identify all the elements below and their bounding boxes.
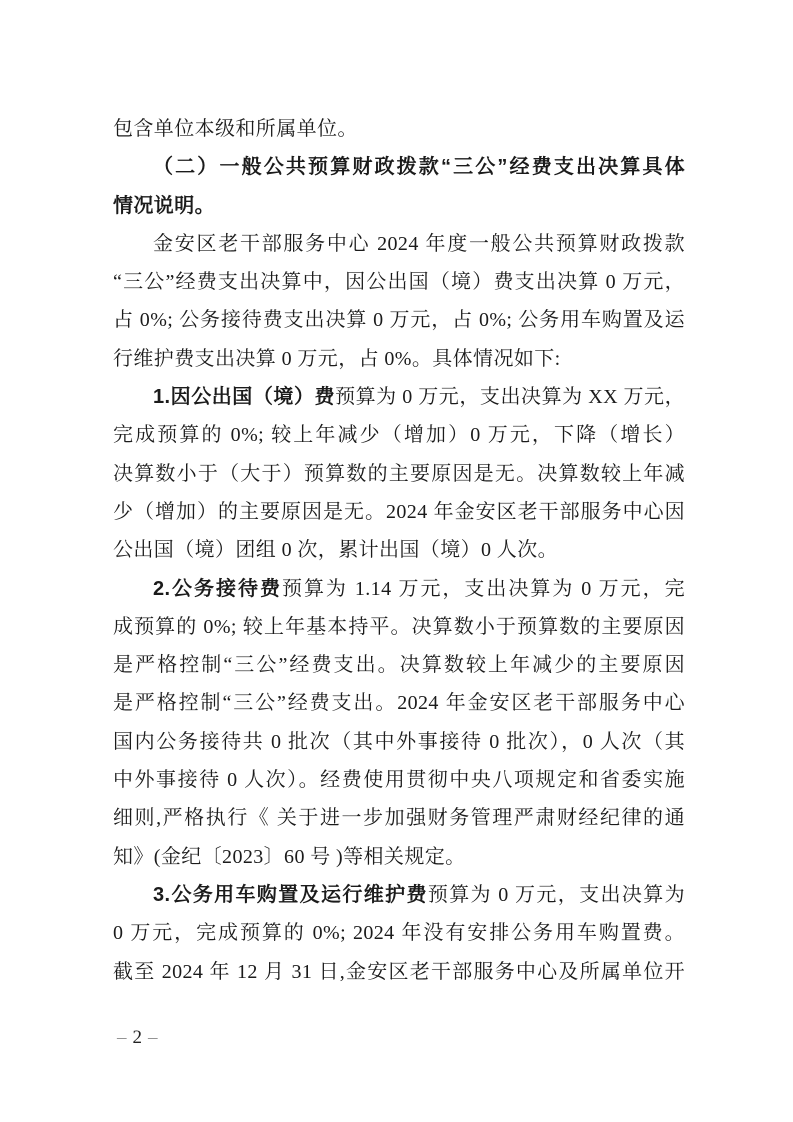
text-line: 是严格控制“三公”经费支出。决算数较上年减少的主要原因 [113, 646, 685, 684]
text-segment: 细则,严格执行《 关于进一步加强财务管理严肃财经纪律的通 [113, 807, 685, 829]
footer-page-number: 2 [133, 1027, 143, 1048]
page-footer: –2– [111, 1026, 164, 1050]
bold-text-segment: 1.因公出国（境）费 [153, 386, 335, 408]
text-segment: 金安区老干部服务中心 2024 年度一般公共预算财政拨款 [153, 233, 685, 255]
text-segment: 截至 2024 年 12 月 31 日,金安区老干部服务中心及所属单位开 [113, 961, 685, 983]
text-segment: 包含单位本级和所属单位。 [113, 118, 358, 140]
text-line: 情况说明。 [113, 187, 685, 225]
text-segment: 公出国（境）团组 0 次，累计出国（境）0 人次。 [113, 539, 558, 561]
text-segment: 完成预算的 0%; 较上年减少（增加）0 万元，下降（增长）0%。 [113, 424, 685, 454]
footer-dash-left: – [111, 1027, 133, 1048]
footer-dash-right: – [142, 1027, 164, 1048]
text-line: 包含单位本级和所属单位。 [113, 110, 685, 148]
text-line: 少（增加）的主要原因是无。2024 年金安区老干部服务中心因 [113, 493, 685, 531]
text-line: 截至 2024 年 12 月 31 日,金安区老干部服务中心及所属单位开 [113, 953, 685, 991]
text-line: 金安区老干部服务中心 2024 年度一般公共预算财政拨款 [113, 225, 685, 263]
text-line: 细则,严格执行《 关于进一步加强财务管理严肃财经纪律的通 [113, 799, 685, 837]
text-line: 国内公务接待共 0 批次（其中外事接待 0 批次），0 人次（其 [113, 723, 685, 761]
text-segment: 是严格控制“三公”经费支出。决算数较上年减少的主要原因 [113, 654, 685, 676]
document-page: 包含单位本级和所属单位。（二）一般公共预算财政拨款“三公”经费支出决算具体情况说… [0, 0, 793, 1122]
text-line: 行维护费支出决算 0 万元，占 0%。具体情况如下: [113, 340, 685, 378]
bold-text-segment: 3.公务用车购置及运行维护费 [153, 884, 428, 906]
text-line: 完成预算的 0%; 较上年减少（增加）0 万元，下降（增长）0%。 [113, 416, 685, 454]
text-segment: 中外事接待 0 人次）。经费使用贯彻中央八项规定和省委实施 [113, 769, 685, 791]
text-segment: 知》(金纪〔2023〕60 号 )等相关规定。 [113, 846, 466, 868]
bold-text-segment: （二）一般公共预算财政拨款“三公”经费支出决算具体 [153, 156, 685, 178]
text-line: 2.公务接待费预算为 1.14 万元，支出决算为 0 万元，完 [113, 570, 685, 608]
text-line: 占 0%; 公务接待费支出决算 0 万元，占 0%; 公务用车购置及运 [113, 301, 685, 339]
text-segment: 少（增加）的主要原因是无。2024 年金安区老干部服务中心因 [113, 501, 685, 523]
text-line: 公出国（境）团组 0 次，累计出国（境）0 人次。 [113, 531, 685, 569]
text-line: 是严格控制“三公”经费支出。2024 年金安区老干部服务中心 [113, 684, 685, 722]
text-segment: 预算为 1.14 万元，支出决算为 0 万元，完 [282, 578, 685, 600]
text-line: 中外事接待 0 人次）。经费使用贯彻中央八项规定和省委实施 [113, 761, 685, 799]
text-segment: 0 万元，完成预算的 0%; 2024 年没有安排公务用车购置费。 [113, 922, 685, 944]
text-line: 成预算的 0%; 较上年基本持平。决算数小于预算数的主要原因 [113, 608, 685, 646]
text-line: （二）一般公共预算财政拨款“三公”经费支出决算具体 [113, 148, 685, 186]
text-segment: 成预算的 0%; 较上年基本持平。决算数小于预算数的主要原因 [113, 616, 685, 638]
text-segment: 预算为 0 万元，支出决算为 [428, 884, 685, 906]
text-segment: 是严格控制“三公”经费支出。2024 年金安区老干部服务中心 [113, 692, 685, 714]
text-segment: 决算数小于（大于）预算数的主要原因是无。决算数较上年减 [113, 463, 685, 485]
text-line: 3.公务用车购置及运行维护费预算为 0 万元，支出决算为 [113, 876, 685, 914]
text-line: 知》(金纪〔2023〕60 号 )等相关规定。 [113, 838, 685, 876]
text-line: “三公”经费支出决算中，因公出国（境）费支出决算 0 万元， [113, 263, 685, 301]
text-segment: 行维护费支出决算 0 万元，占 0%。具体情况如下: [113, 348, 561, 370]
text-line: 1.因公出国（境）费预算为 0 万元，支出决算为 XX 万元， [113, 378, 685, 416]
bold-text-segment: 情况说明。 [113, 195, 215, 217]
bold-text-segment: 2.公务接待费 [153, 578, 282, 600]
document-body: 包含单位本级和所属单位。（二）一般公共预算财政拨款“三公”经费支出决算具体情况说… [113, 110, 685, 991]
text-segment: “三公”经费支出决算中，因公出国（境）费支出决算 0 万元， [113, 271, 685, 293]
text-line: 决算数小于（大于）预算数的主要原因是无。决算数较上年减 [113, 455, 685, 493]
text-segment: 占 0%; 公务接待费支出决算 0 万元，占 0%; 公务用车购置及运 [113, 309, 685, 331]
text-segment: 预算为 0 万元，支出决算为 XX 万元， [335, 386, 685, 408]
text-segment: 国内公务接待共 0 批次（其中外事接待 0 批次），0 人次（其 [113, 731, 685, 753]
text-line: 0 万元，完成预算的 0%; 2024 年没有安排公务用车购置费。 [113, 914, 685, 952]
